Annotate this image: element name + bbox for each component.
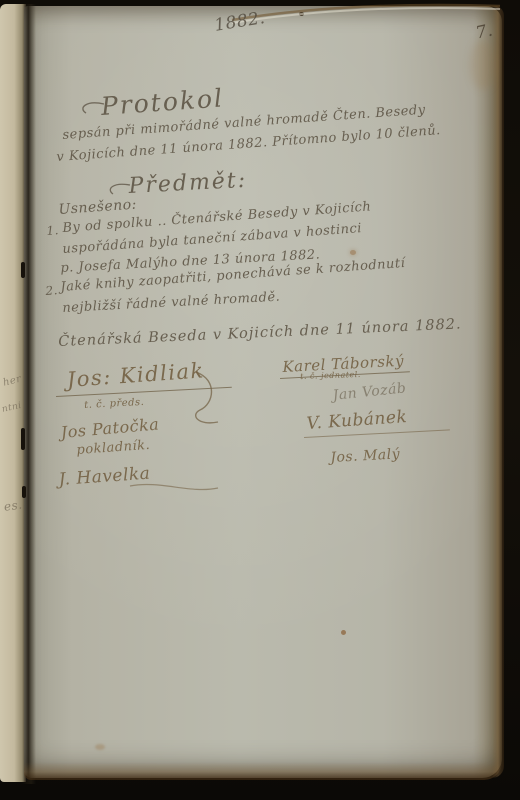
scanned-ledger-photo: her ntni es. 1882. 7. Protokol sepsán př…	[0, 0, 520, 800]
margin-fragment: es.	[3, 497, 23, 513]
binding-stitch	[21, 428, 25, 450]
item-number: 2.	[45, 283, 58, 298]
binding-stitch	[21, 262, 25, 278]
binding-gutter-crease	[22, 4, 36, 784]
page-bottom-edge	[24, 762, 502, 780]
binding-stitch	[22, 486, 26, 498]
page-right-edge	[492, 6, 504, 778]
item-number: 1.	[46, 223, 59, 238]
